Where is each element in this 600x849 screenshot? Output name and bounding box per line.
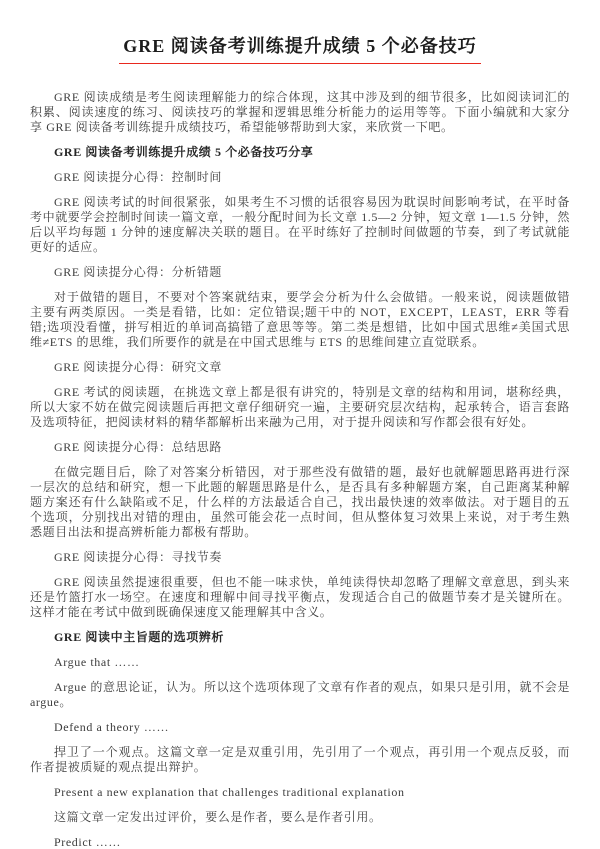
option-present-new-explanation: Present a new explanation that challenge…	[30, 785, 570, 800]
paragraph-present-explanation: 这篇文章一定发出过评价，要么是作者，要么是作者引用。	[30, 810, 570, 825]
title-container: GRE 阅读备考训练提升成绩 5 个必备技巧	[30, 20, 570, 76]
tip-heading-analyze-mistakes: GRE 阅读提分心得：分析错题	[30, 265, 570, 280]
option-predict: Predict ……	[30, 835, 570, 849]
page-title: GRE 阅读备考训练提升成绩 5 个必备技巧	[119, 32, 481, 64]
tip-heading-summarize-approach: GRE 阅读提分心得：总结思路	[30, 440, 570, 455]
paragraph-analyze-mistakes: 对于做错的题目，不要对个答案就结束，要学会分析为什么会做错。一般来说，阅读题做错…	[30, 290, 570, 350]
section-heading-main-idea-options: GRE 阅读中主旨题的选项辨析	[30, 630, 570, 645]
option-argue-that: Argue that ……	[30, 655, 570, 670]
tip-heading-study-passages: GRE 阅读提分心得：研究文章	[30, 360, 570, 375]
tip-heading-find-rhythm: GRE 阅读提分心得：寻找节奏	[30, 550, 570, 565]
paragraph-summarize-approach: 在做完题目后，除了对答案分析错因，对于那些没有做错的题，最好也就解题思路再进行深…	[30, 465, 570, 540]
intro-paragraph: GRE 阅读成绩是考生阅读理解能力的综合体现，这其中涉及到的细节很多，比如阅读词…	[30, 90, 570, 135]
tip-heading-control-time: GRE 阅读提分心得：控制时间	[30, 170, 570, 185]
paragraph-argue-explanation: Argue 的意思论证，认为。所以这个选项体现了文章有作者的观点，如果只是引用，…	[30, 680, 570, 710]
paragraph-find-rhythm: GRE 阅读虽然提速很重要，但也不能一味求快，单纯读得快却忽略了理解文章意思，到…	[30, 575, 570, 620]
paragraph-control-time: GRE 阅读考试的时间很紧张，如果考生不习惯的话很容易因为耽误时间影响考试，在平…	[30, 195, 570, 255]
paragraph-defend-explanation: 捍卫了一个观点。这篇文章一定是双重引用，先引用了一个观点，再引用一个观点反驳，而…	[30, 745, 570, 775]
paragraph-study-passages: GRE 考试的阅读题，在挑选文章上都是很有讲究的，特别是文章的结构和用词，堪称经…	[30, 385, 570, 430]
option-defend-a-theory: Defend a theory ……	[30, 720, 570, 735]
document-page: GRE 阅读备考训练提升成绩 5 个必备技巧 GRE 阅读成绩是考生阅读理解能力…	[0, 0, 600, 849]
section-heading-tips-share: GRE 阅读备考训练提升成绩 5 个必备技巧分享	[30, 145, 570, 160]
